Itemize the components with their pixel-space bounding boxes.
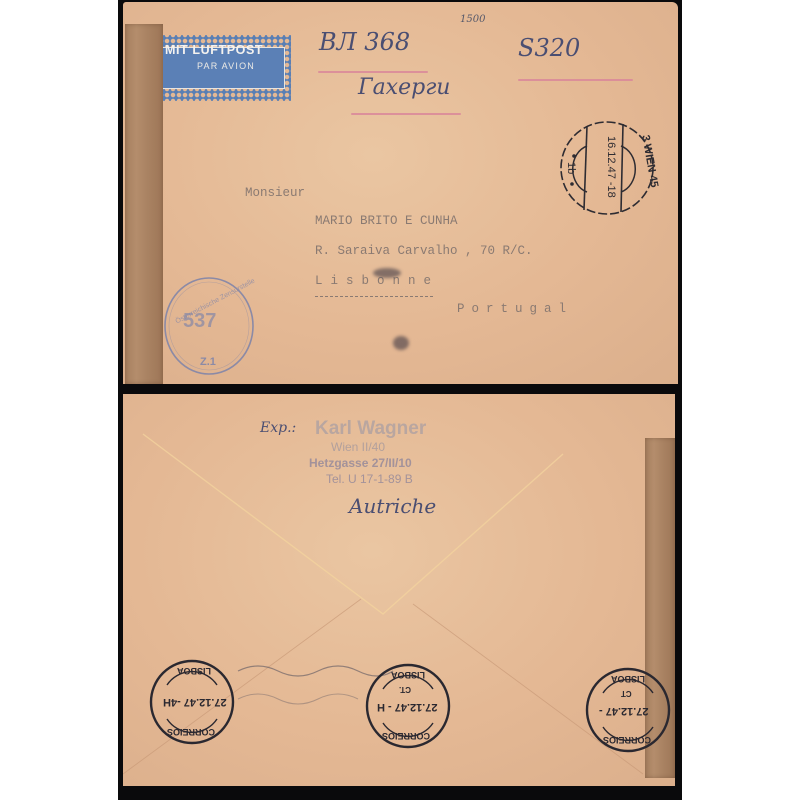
lisbon-postmark-2-bottom: CORREIOS: [382, 731, 430, 741]
lisbon-postmark-1-top: LISBOA: [177, 666, 211, 676]
lisbon-postmark-1-date: 27.12.47 -4H: [163, 696, 227, 708]
sender-name: Karl Wagner: [315, 418, 426, 440]
address-name: MARIO BRITO E CUNHA: [315, 214, 458, 228]
airmail-label-line2: PAR AVION: [197, 61, 255, 71]
sender-prefix: Exp.:: [260, 420, 296, 436]
handwritten-code-left: ВЛ 368: [319, 28, 410, 56]
lisbon-postmark-3-date: 27.12.47 -: [599, 705, 649, 717]
lisbon-postmark-2-date: 27.12.47 - H: [377, 701, 438, 713]
red-pencil-underline: [351, 113, 461, 115]
handwritten-code-right: S320: [518, 34, 580, 62]
lisbon-postmark-3-top: LISBOA: [611, 674, 645, 684]
censor-stamp-code: Z.1: [200, 356, 216, 368]
address-street: R. Saraiva Carvalho , 70 R/C.: [315, 244, 533, 258]
sender-address-line4: Tel. U 17-1-89 B: [326, 472, 413, 486]
envelope-front: MIT LUFTPOST PAR AVION 1500 ВЛ 368 S320 …: [123, 2, 678, 384]
pencil-note: 1500: [460, 14, 485, 25]
address-city-underline: [315, 296, 433, 297]
red-pencil-underline: [518, 79, 633, 81]
ink-smudge: [373, 268, 401, 278]
lisbon-postmark-3-code: CT: [621, 689, 632, 698]
lisbon-postmark-1-bottom: CORREIOS: [167, 727, 215, 737]
airmail-label-line1: MIT LUFTPOST: [165, 43, 263, 57]
vienna-postmark-code: 1b: [565, 162, 577, 174]
address-salutation: Monsieur: [245, 186, 305, 200]
sender-address-line3: Hetzgasse 27/II/10: [309, 456, 412, 470]
censor-tape: [125, 24, 163, 384]
vienna-postmark-date: 16.12.47 -18: [605, 136, 617, 198]
lisbon-postmark-2-code: CT.: [399, 685, 411, 694]
sender-address-line2: Wien II/40: [331, 440, 385, 454]
lisbon-postmark-3-bottom: CORREIOS: [603, 735, 651, 745]
lisbon-postmark-2-top: LISBOA: [391, 670, 425, 680]
ink-smudge: [393, 336, 409, 350]
address-country: Portugal: [457, 302, 573, 316]
handwritten-note: Autriche: [349, 494, 436, 518]
airmail-label: MIT LUFTPOST PAR AVION: [161, 35, 291, 101]
handwritten-word: Гахерги: [358, 75, 450, 100]
envelope-back: Exp.: Karl Wagner Wien II/40 Hetzgasse 2…: [123, 394, 675, 786]
red-pencil-underline: [318, 71, 428, 73]
